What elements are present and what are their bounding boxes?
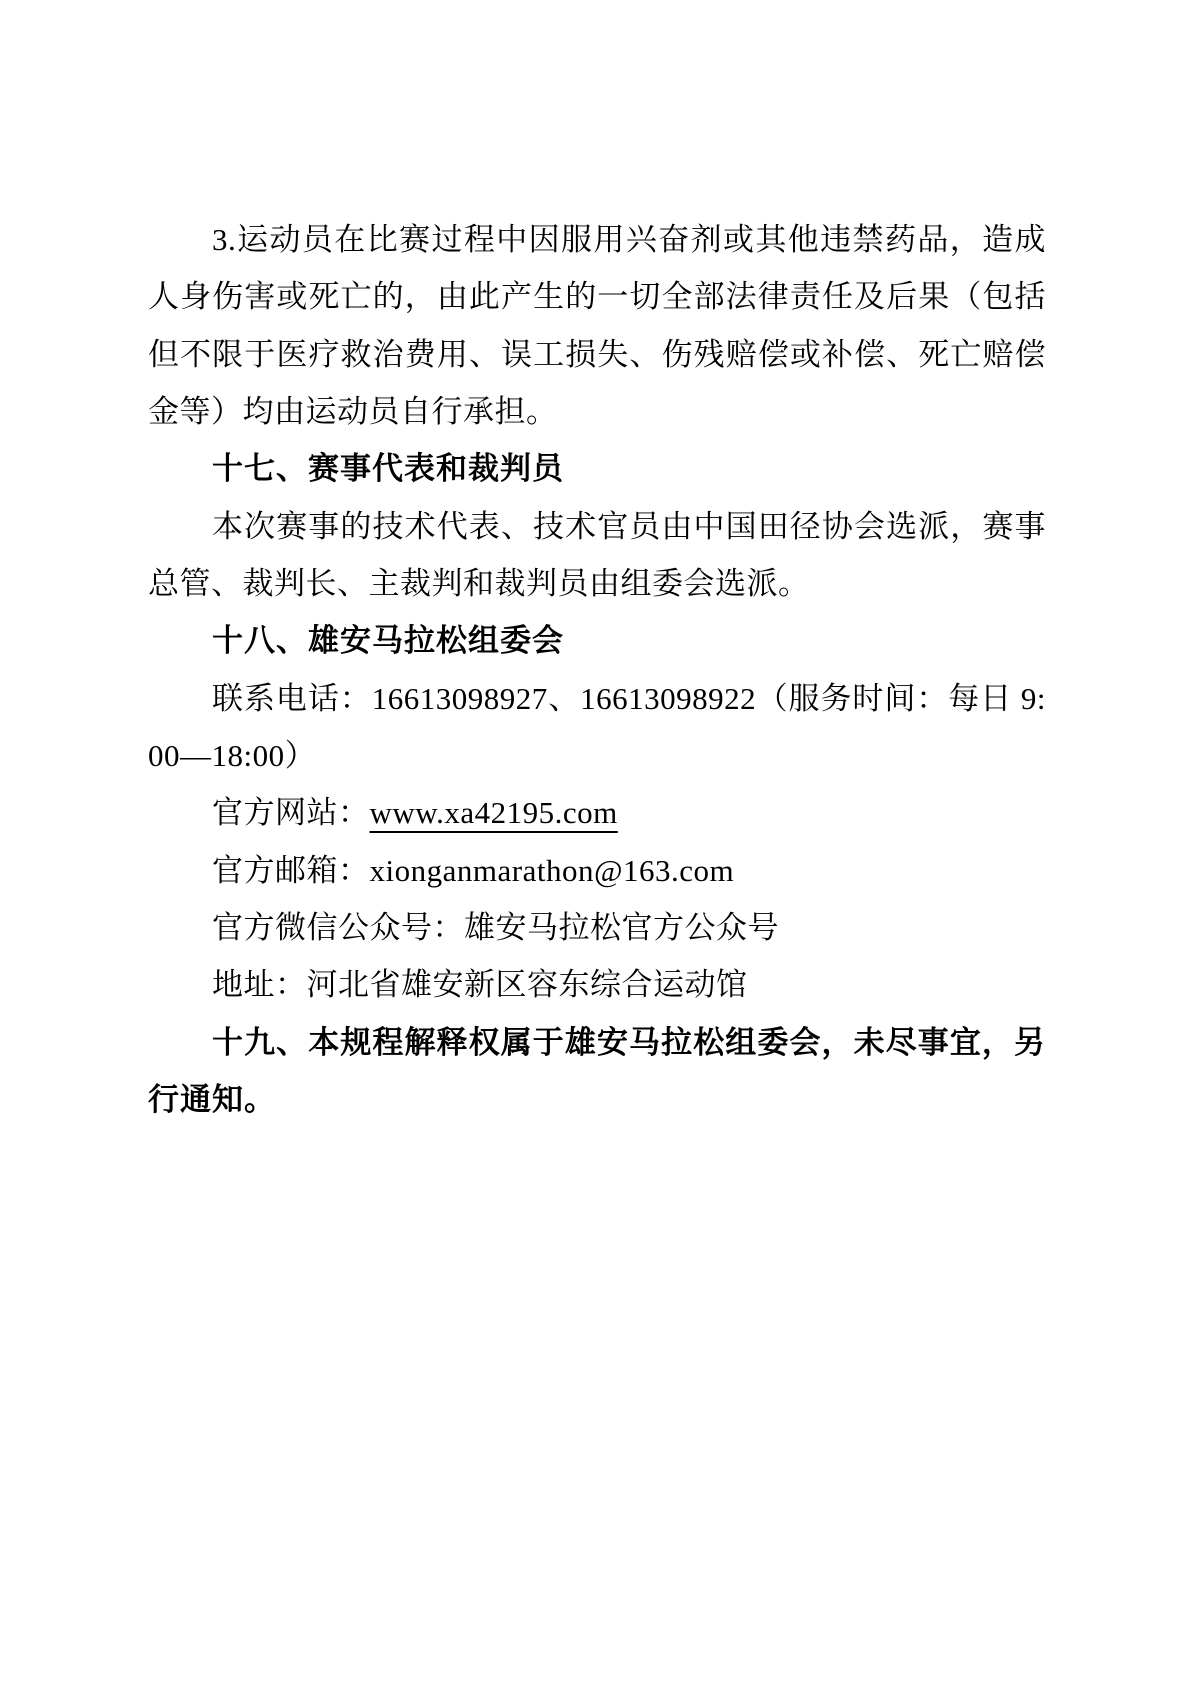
text-segment: 总管、裁判长、主裁判和裁判员由组委会选派。	[148, 566, 810, 601]
text-segment: 00—18:00）	[148, 738, 316, 773]
paragraph-line: 官方网站：www.xa42195.com	[148, 784, 1046, 841]
paragraph-line: 联系电话：16613098927、16613098922（服务时间：每日 9:	[148, 670, 1046, 727]
text-segment: 但不限于医疗救治费用、误工损失、伤残赔偿或补偿、死亡赔偿	[148, 337, 1046, 372]
text-segment: 行通知。	[148, 1082, 276, 1117]
text-segment: 十七、赛事代表和裁判员	[212, 451, 564, 486]
paragraph-line: 人身伤害或死亡的，由此产生的一切全部法律责任及后果（包括	[148, 268, 1046, 325]
text-segment: 金等）均由运动员自行承担。	[148, 394, 558, 429]
section-heading-line: 十八、雄安马拉松组委会	[148, 612, 1046, 669]
paragraph-line: 但不限于医疗救治费用、误工损失、伤残赔偿或补偿、死亡赔偿	[148, 326, 1046, 383]
paragraph-line: 本次赛事的技术代表、技术官员由中国田径协会选派，赛事	[148, 498, 1046, 555]
text-segment: 本次赛事的技术代表、技术官员由中国田径协会选派，赛事	[212, 509, 1046, 544]
section-heading-line: 十九、本规程解释权属于雄安马拉松组委会，未尽事宜，另	[148, 1014, 1046, 1071]
document-body: 3.运动员在比赛过程中因服用兴奋剂或其他违禁药品，造成人身伤害或死亡的，由此产生…	[148, 211, 1046, 1129]
paragraph-line: 地址：河北省雄安新区容东综合运动馆	[148, 956, 1046, 1013]
paragraph-line: 3.运动员在比赛过程中因服用兴奋剂或其他违禁药品，造成	[148, 211, 1046, 268]
paragraph-line: 官方邮箱：xionganmarathon@163.com	[148, 842, 1046, 899]
section-heading-line: 十七、赛事代表和裁判员	[148, 440, 1046, 497]
text-segment: 联系电话：16613098927、16613098922（服务时间：每日 9:	[212, 681, 1046, 716]
text-segment: 官方网站：	[212, 795, 370, 830]
text-segment: 十九、本规程解释权属于雄安马拉松组委会，未尽事宜，另	[212, 1025, 1046, 1060]
text-segment: 官方微信公众号：雄安马拉松官方公众号	[212, 910, 779, 945]
paragraph-line: 官方微信公众号：雄安马拉松官方公众号	[148, 899, 1046, 956]
text-segment: 官方邮箱：xionganmarathon@163.com	[212, 853, 734, 888]
text-segment: 地址：河北省雄安新区容东综合运动馆	[212, 967, 748, 1002]
text-segment: 十八、雄安马拉松组委会	[212, 623, 564, 658]
section-heading-line: 行通知。	[148, 1071, 1046, 1128]
paragraph-line: 金等）均由运动员自行承担。	[148, 383, 1046, 440]
text-segment: 3.运动员在比赛过程中因服用兴奋剂或其他违禁药品，造成	[212, 222, 1046, 257]
paragraph-line: 总管、裁判长、主裁判和裁判员由组委会选派。	[148, 555, 1046, 612]
paragraph-line: 00—18:00）	[148, 727, 1046, 784]
document-page: 3.运动员在比赛过程中因服用兴奋剂或其他违禁药品，造成人身伤害或死亡的，由此产生…	[0, 0, 1190, 1683]
website-link[interactable]: www.xa42195.com	[370, 795, 618, 830]
text-segment: 人身伤害或死亡的，由此产生的一切全部法律责任及后果（包括	[148, 279, 1046, 314]
